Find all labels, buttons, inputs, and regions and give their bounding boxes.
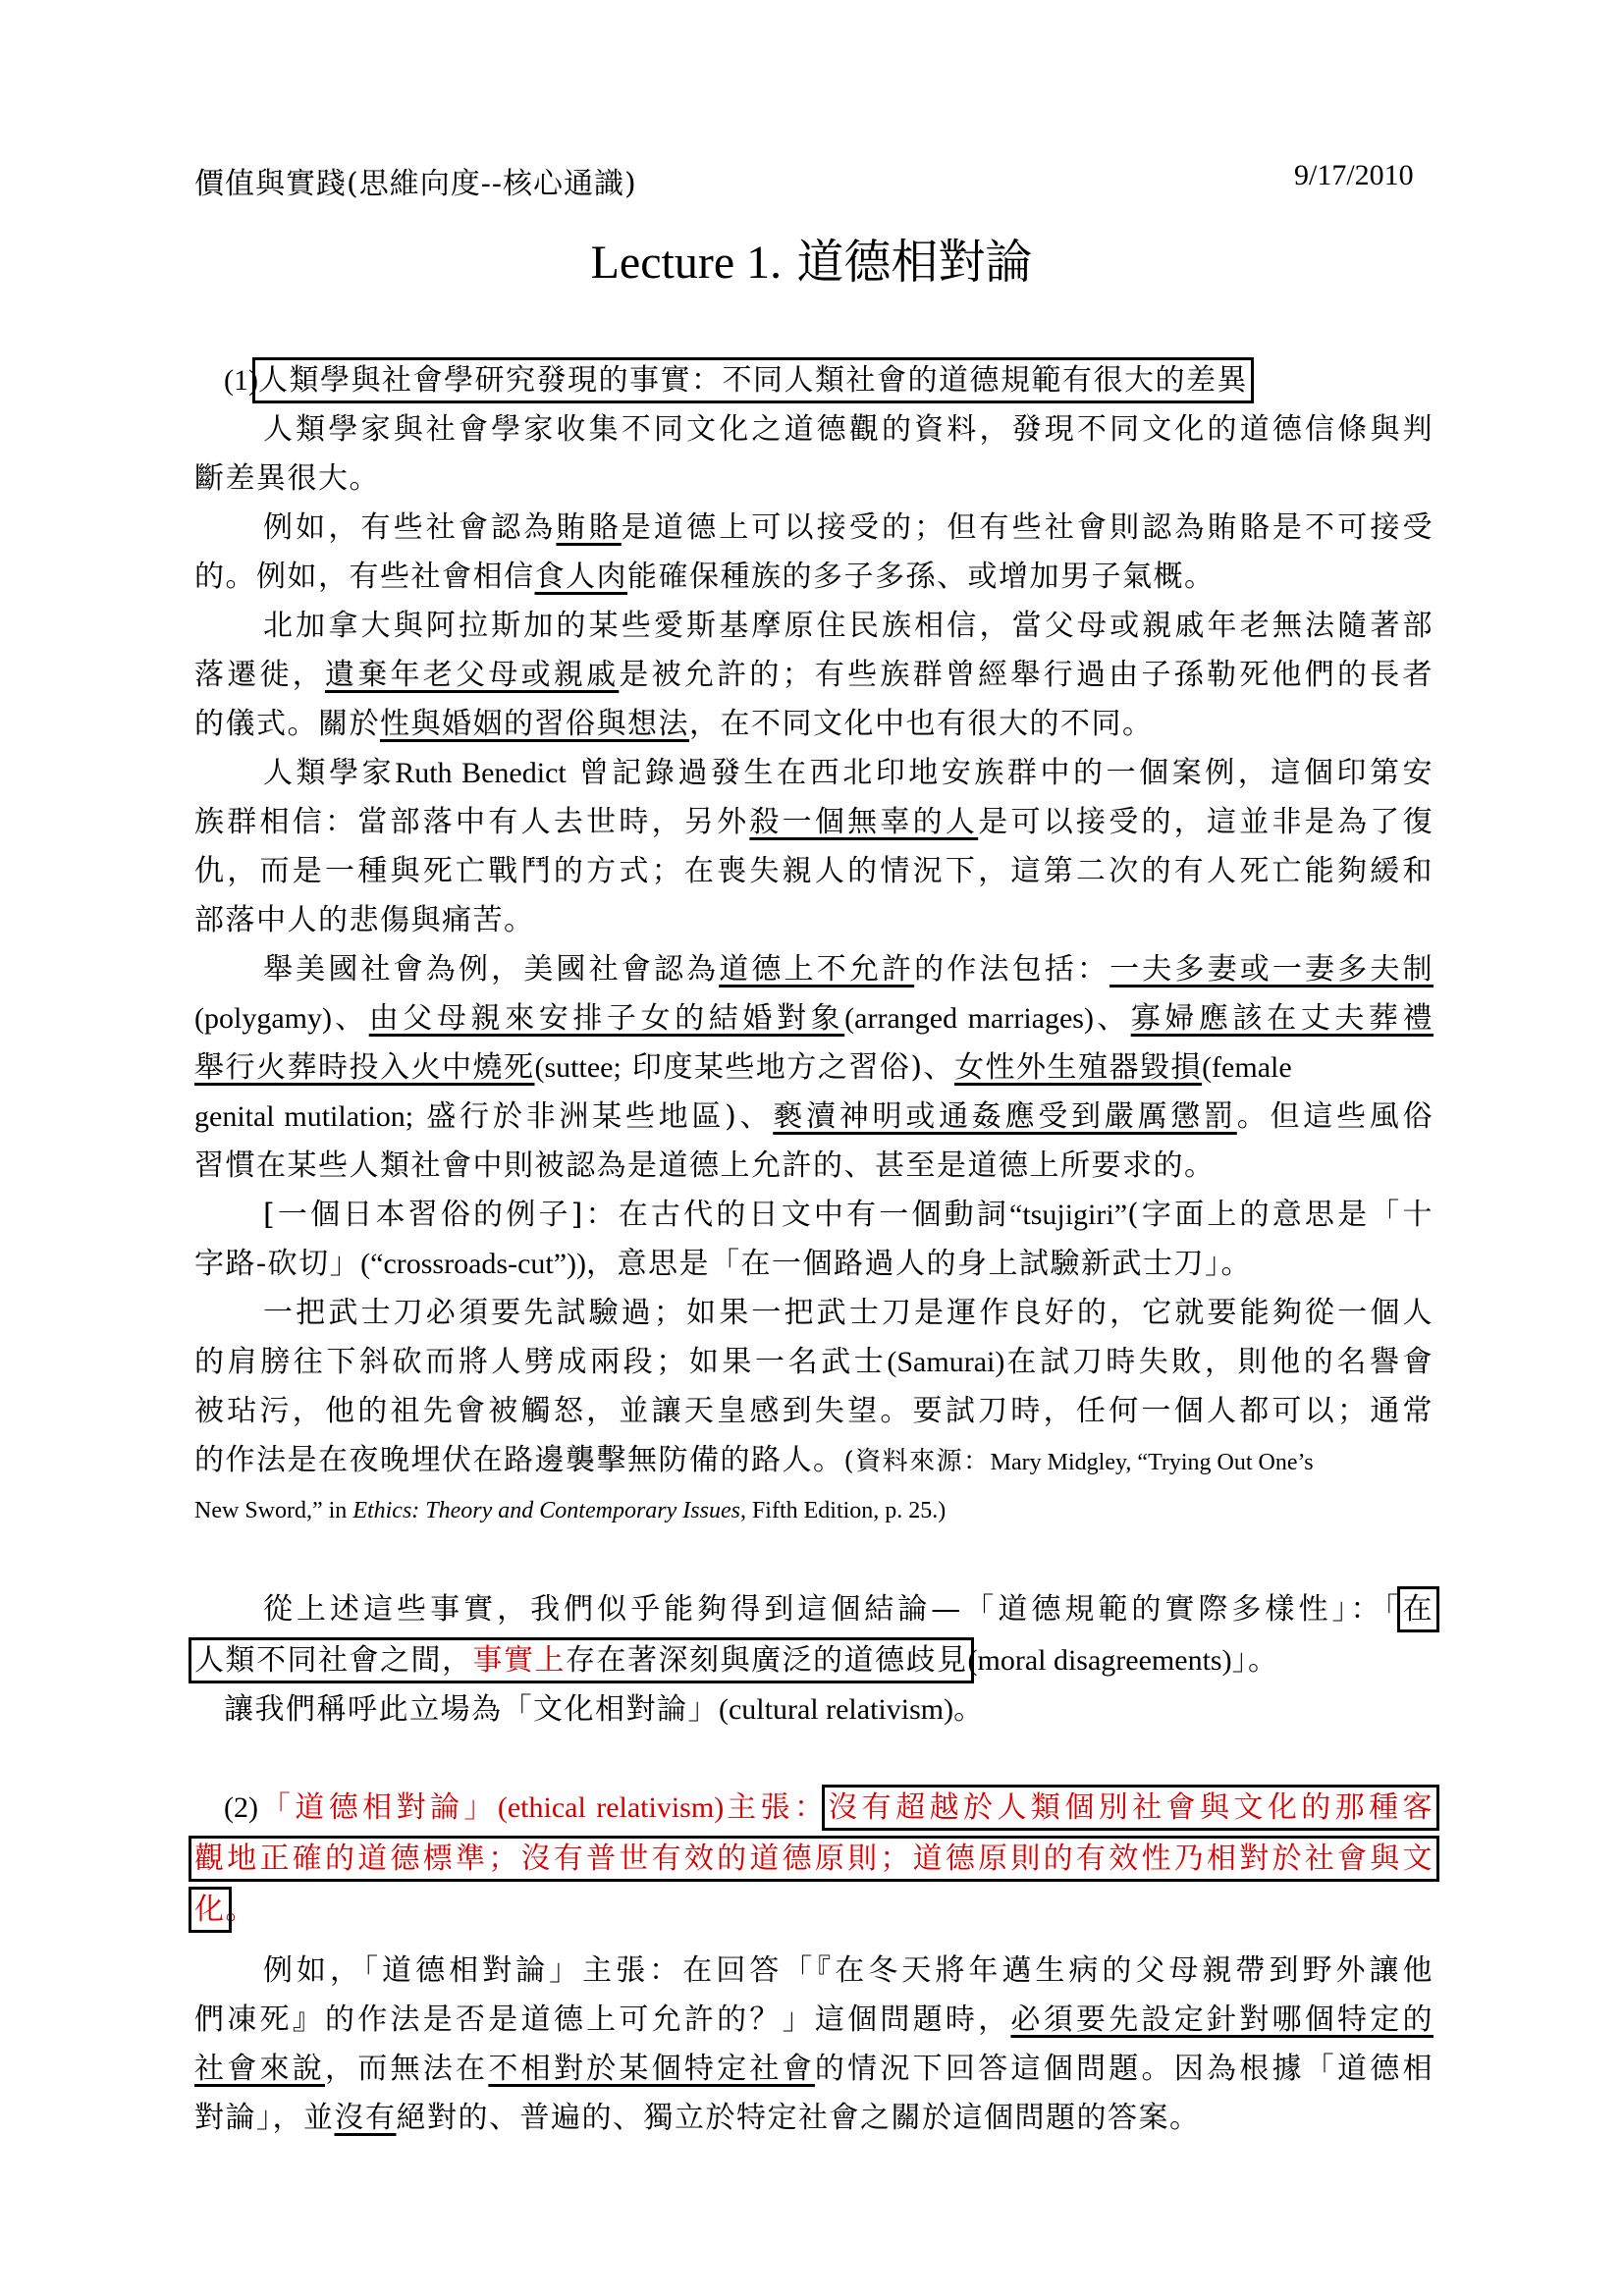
paragraph-line: 例如，「道德相對論」主張：在回答「『在冬天將年邁生病的父母親帶到野外讓他 xyxy=(194,1951,1434,1991)
paragraph-line: 仇，而是一種與死亡戰鬥的方式；在喪失親人的情況下，這第二次的有人死亡能夠緩和 xyxy=(194,852,1434,891)
section2-heading: (2)「道德相對論」(ethical relativism)主張：沒有超越於人類… xyxy=(224,1789,1434,1828)
section2-line: 化。 xyxy=(194,1891,1434,1930)
page-title: Lecture 1. 道德相對論 xyxy=(0,224,1623,292)
boxed-heading: 人類學與社會學研究發現的事實：不同人類社會的道德規範有很大的差異 xyxy=(258,363,1248,398)
paragraph-line: 的。例如，有些社會相信食人肉能確保種族的多子多孫、或增加男子氣概。 xyxy=(194,558,1434,597)
paragraph-line: 的肩膀往下斜砍而將人劈成兩段；如果一名武士(Samurai)在試刀時失敗，則他的… xyxy=(194,1343,1434,1382)
paragraph-line: 例如，有些社會認為賄賂是道德上可以接受的；但有些社會則認為賄賂是不可接受 xyxy=(194,508,1434,548)
paragraph-line: (polygamy)、由父母親來安排子女的結婚對象(arranged marri… xyxy=(194,999,1434,1039)
paragraph-line: 們凍死』的作法是否是道德上可允許的？」這個問題時，必須要先設定針對哪個特定的 xyxy=(194,2001,1434,2040)
paragraph-line: 對論」，並沒有絕對的、普遍的、獨立於特定社會之關於這個問題的答案。 xyxy=(194,2099,1434,2138)
header-date: 9/17/2010 xyxy=(1294,159,1414,192)
paragraph-line: 舉行火葬時投入火中燒死(suttee; 印度某些地方之習俗)、女性外生殖器毀損(… xyxy=(194,1048,1434,1088)
paragraph-line: 一把武士刀必須要先試驗過；如果一把武士刀是運作良好的，它就要能夠從一個人 xyxy=(194,1294,1434,1333)
citation-line: New Sword,” in Ethics: Theory and Contem… xyxy=(194,1490,1434,1530)
paragraph-line: 被玷污，他的祖先會被觸怒，並讓天皇感到失望。要試刀時，任何一個人都可以；通常 xyxy=(194,1392,1434,1431)
paragraph-line: 人類學家Ruth Benedict 曾記錄過發生在西北印地安族群中的一個案例，這… xyxy=(194,754,1434,793)
conclusion-line: 從上述這些事實，我們似乎能夠得到這個結論—「道德規範的實際多樣性」：「在 xyxy=(194,1590,1434,1629)
paragraph-line: 落遷徙，遺棄年老父母或親戚是被允許的；有些族群曾經舉行過由子孫勒死他們的長者 xyxy=(194,656,1434,695)
paragraph-line: [一個日本習俗的例子]：在古代的日文中有一個動詞“tsujigiri”(字面上的… xyxy=(194,1196,1434,1235)
paragraph-line: 北加拿大與阿拉斯加的某些愛斯基摩原住民族相信，當父母或親戚年老無法隨著部 xyxy=(194,607,1434,646)
paragraph-line: 族群相信：當部落中有人去世時，另外殺一個無辜的人是可以接受的，這並非是為了復 xyxy=(194,803,1434,842)
section2-line: 觀地正確的道德標準；沒有普世有效的道德原則；道德原則的有效性乃相對於社會與文 xyxy=(194,1840,1434,1879)
paragraph-line: 的作法是在夜晚埋伏在路邊襲擊無防備的路人。(資料來源：Mary Midgley,… xyxy=(194,1441,1434,1482)
conclusion-line: 讓我們稱呼此立場為「文化相對論」(cultural relativism)。 xyxy=(224,1690,1463,1730)
section1-heading: (1)人類學與社會學研究發現的事實：不同人類社會的道德規範有很大的差異 xyxy=(224,361,1463,400)
paragraph-line: 字路-砍切」(“crossroads-cut”))，意思是「在一個路過人的身上試… xyxy=(194,1245,1434,1284)
course-header: 價值與實踐(思維向度--核心通識) xyxy=(194,159,637,202)
paragraph-line: 習慣在某些人類社會中則被認為是道德上允許的、甚至是道德上所要求的。 xyxy=(194,1147,1434,1186)
paragraph-line: genital mutilation; 盛行於非洲某些地區)、褻瀆神明或通姦應受… xyxy=(194,1097,1434,1137)
paragraph-line: 社會來說，而無法在不相對於某個特定社會的情況下回答這個問題。因為根據「道德相 xyxy=(194,2050,1434,2089)
paragraph-line: 的儀式。關於性與婚姻的習俗與想法，在不同文化中也有很大的不同。 xyxy=(194,705,1434,744)
paragraph-line: 斷差異很大。 xyxy=(194,459,1434,499)
paragraph-line: 人類學家與社會學家收集不同文化之道德觀的資料，發現不同文化的道德信條與判 xyxy=(194,410,1434,450)
paragraph-line: 舉美國社會為例，美國社會認為道德上不允許的作法包括：一夫多妻或一妻多夫制 xyxy=(194,950,1434,989)
conclusion-line: 人類不同社會之間，事實上存在著深刻與廣泛的道德歧見(moral disagree… xyxy=(194,1641,1434,1681)
boxed-claim: 人類不同社會之間，事實上存在著深刻與廣泛的道德歧見 xyxy=(194,1643,968,1678)
document-page: 價值與實踐(思維向度--核心通識) 9/17/2010 Lecture 1. 道… xyxy=(0,0,1623,2296)
paragraph-line: 部落中人的悲傷與痛苦。 xyxy=(194,901,1434,940)
